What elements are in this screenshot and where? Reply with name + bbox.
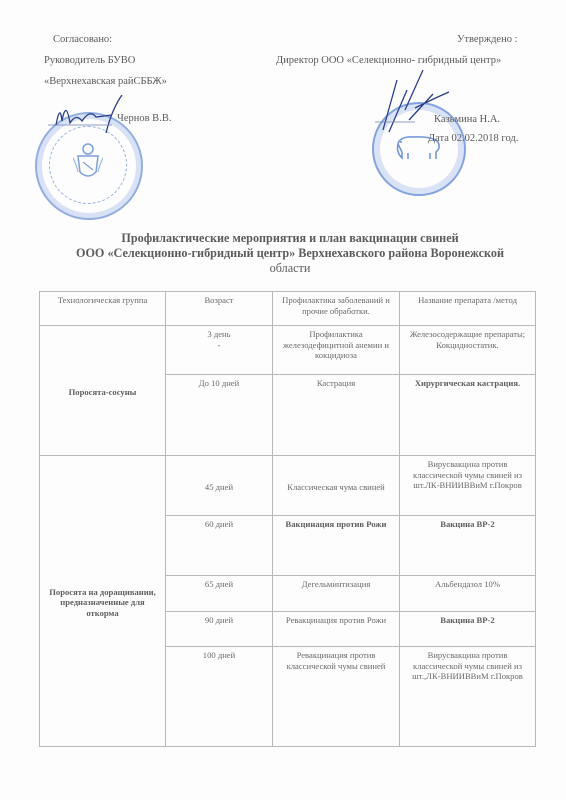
age-cell: 100 дней — [166, 647, 273, 747]
age-cell: 3 день - — [166, 326, 273, 375]
group-cell-suckling-piglets: Поросята-сосуны — [40, 326, 166, 456]
approval-right-position: Директор ООО «Селекционно- гибридный цен… — [276, 55, 501, 66]
drug-cell: Альбендазол 10% — [400, 576, 536, 612]
header-group: Технологическая группа — [40, 292, 166, 326]
header-age: Возраст — [166, 292, 273, 326]
approval-left-organization: «Верхнехавская райСББЖ» — [44, 76, 167, 87]
approval-left-signer: Чернов В.В. — [117, 113, 171, 124]
drug-cell: Хирургическая кастрация. — [400, 375, 536, 456]
procedure-cell: Кастрация — [273, 375, 400, 456]
drug-cell: Вирусвакцина против классической чумы св… — [400, 456, 536, 516]
approval-date: Дата 02.02.2018 год. — [428, 133, 518, 144]
drug-cell: Вакцина ВР-2 — [400, 612, 536, 647]
age-cell: 90 дней — [166, 612, 273, 647]
document-title-line2: ООО «Селекционно-гибридный центр» Верхне… — [30, 246, 550, 261]
table-row: Поросята на доращивании, предназначенные… — [40, 456, 536, 516]
table-row: Поросята-сосуны 3 день - Профилактика же… — [40, 326, 536, 375]
procedure-cell: Ревакцинация против классической чумы св… — [273, 647, 400, 747]
procedure-cell: Ревакцинация против Рожи — [273, 612, 400, 647]
table-header-row: Технологическая группа Возраст Профилакт… — [40, 292, 536, 326]
procedure-cell: Классическая чума свиней — [273, 456, 400, 516]
drug-cell: Железосодержащие препараты; Кокцидиостат… — [400, 326, 536, 375]
header-procedure: Профилактика заболеваний и прочие обрабо… — [273, 292, 400, 326]
signature-left — [48, 95, 128, 135]
age-note: - — [170, 340, 268, 351]
approval-left-label: Согласовано: — [53, 34, 112, 45]
vaccination-plan-table: Технологическая группа Возраст Профилакт… — [39, 291, 536, 747]
header-drug: Название препарата /метод — [400, 292, 536, 326]
document-title-line3: области — [30, 261, 550, 276]
group-cell-weaner-piglets: Поросята на доращивании, предназначенные… — [40, 456, 166, 747]
procedure-cell: Профилактика железодефицитной анемии и к… — [273, 326, 400, 375]
age-cell: 45 дней — [166, 456, 273, 516]
drug-cell: Вакцина ВР-2 — [400, 516, 536, 576]
age-cell: До 10 дней — [166, 375, 273, 456]
approval-right-signer: Казьмина Н.А. — [434, 114, 500, 125]
approval-right-label: Утверждено : — [457, 34, 518, 45]
procedure-cell: Дегельминтизация — [273, 576, 400, 612]
drug-cell: Вирусвакцина против классической чумы св… — [400, 647, 536, 747]
age-value: 3 день — [170, 329, 268, 340]
approval-left-position: Руководитель БУВО — [44, 55, 135, 66]
age-cell: 60 дней — [166, 516, 273, 576]
procedure-cell: Вакцинация против Рожи — [273, 516, 400, 576]
document-title-line1: Профилактические мероприятия и план вакц… — [30, 231, 550, 246]
age-cell: 65 дней — [166, 576, 273, 612]
coat-of-arms-icon — [73, 142, 103, 182]
